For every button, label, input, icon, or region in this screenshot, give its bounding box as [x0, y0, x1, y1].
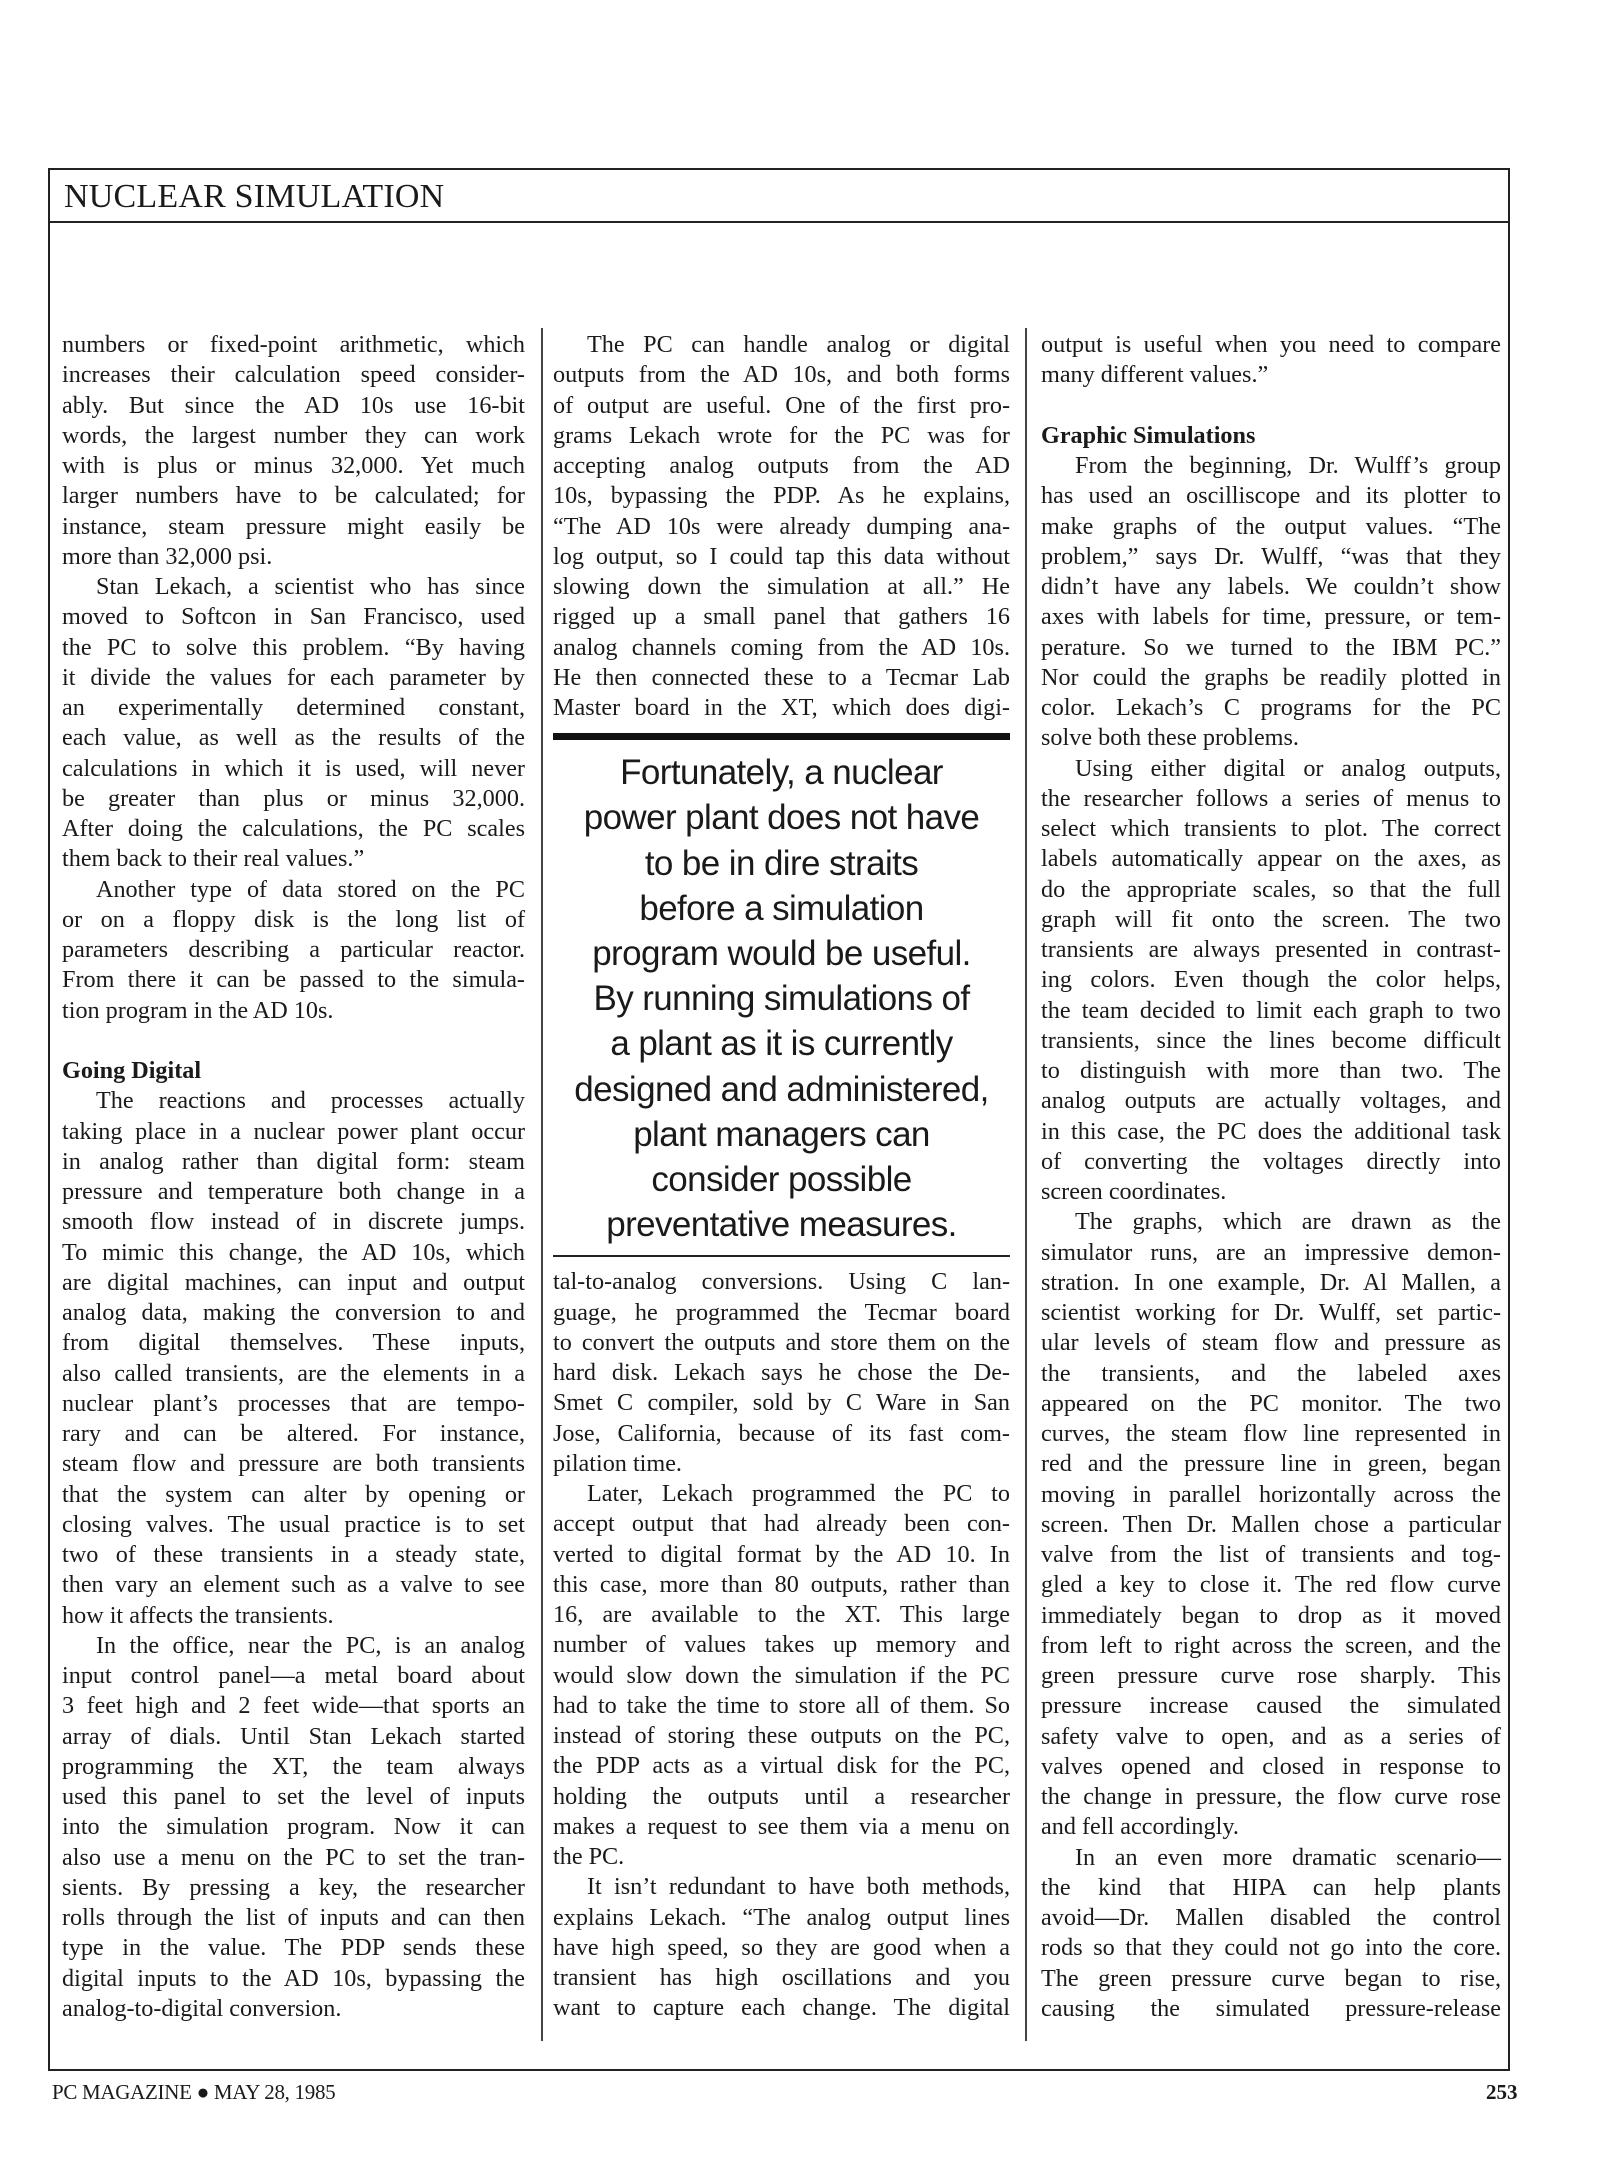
pull-quote-line: By running simulations of	[553, 976, 1010, 1021]
text-line: transient has high oscillations and you	[553, 1963, 1010, 1993]
text-line: how it affects the transients.	[62, 1601, 525, 1631]
text-line: immediately began to drop as it moved	[1041, 1601, 1501, 1631]
paragraph-gap	[62, 1026, 525, 1056]
text-line: ing colors. Even though the color helps,	[1041, 965, 1501, 995]
text-line: in analog rather than digital form: stea…	[62, 1147, 525, 1177]
text-line: an experimentally determined constant,	[62, 693, 525, 723]
text-line: it divide the values for each parameter …	[62, 663, 525, 693]
text-line: closing valves. The usual practice is to…	[62, 1510, 525, 1540]
paragraph: tal-to-analog conversions. Using C lan-g…	[553, 1267, 1010, 1479]
text-line: words, the largest number they can work	[62, 421, 525, 451]
text-line: explains Lekach. “The analog output line…	[553, 1903, 1010, 1933]
text-line: or on a floppy disk is the long list of	[62, 905, 525, 935]
text-line: solve both these problems.	[1041, 723, 1501, 753]
article-column-2: The PC can handle analog or digitaloutpu…	[553, 330, 1010, 2024]
pullquote-top-rule	[553, 733, 1010, 740]
column-divider-1	[541, 328, 543, 2041]
text-line: and fell accordingly.	[1041, 1812, 1501, 1842]
pull-quote-line: preventative measures.	[553, 1202, 1010, 1247]
text-line: analog data, making the conversion to an…	[62, 1298, 525, 1328]
text-line: rigged up a small panel that gathers 16	[553, 602, 1010, 632]
text-line: them back to their real values.”	[62, 844, 525, 874]
text-line: of converting the voltages directly into	[1041, 1147, 1501, 1177]
text-line: In the office, near the PC, is an analog	[62, 1631, 525, 1661]
text-line: each value, as well as the results of th…	[62, 723, 525, 753]
text-line: have high speed, so they are good when a	[553, 1933, 1010, 1963]
text-line: appeared on the PC monitor. The two	[1041, 1389, 1501, 1419]
text-line: this case, more than 80 outputs, rather …	[553, 1570, 1010, 1600]
text-line: didn’t have any labels. We couldn’t show	[1041, 572, 1501, 602]
pull-quote-line: plant managers can	[553, 1112, 1010, 1157]
text-line: simulator runs, are an impressive demon-	[1041, 1238, 1501, 1268]
text-line: from left to right across the screen, an…	[1041, 1631, 1501, 1661]
text-line: numbers or fixed-point arithmetic, which	[62, 330, 525, 360]
text-line: valve from the list of transients and to…	[1041, 1540, 1501, 1570]
footer-publication: PC MAGAZINE ● MAY 28, 1985	[52, 2080, 335, 2105]
text-line: The reactions and processes actually	[62, 1086, 525, 1116]
text-line: screen coordinates.	[1041, 1177, 1501, 1207]
text-line: The PC can handle analog or digital	[553, 330, 1010, 360]
text-line: many different values.”	[1041, 360, 1501, 390]
text-line: safety valve to open, and as a series of	[1041, 1722, 1501, 1752]
text-line: 16, are available to the XT. This large	[553, 1600, 1010, 1630]
text-line: instead of storing these outputs on the …	[553, 1721, 1010, 1751]
paragraph: In the office, near the PC, is an analog…	[62, 1631, 525, 2024]
text-line: to distinguish with more than two. The	[1041, 1056, 1501, 1086]
pull-quote-line: to be in dire straits	[553, 841, 1010, 886]
text-line: steam flow and pressure are both transie…	[62, 1449, 525, 1479]
text-line: type in the value. The PDP sends these	[62, 1933, 525, 1963]
pull-quote-line: power plant does not have	[553, 795, 1010, 840]
text-line: transients, since the lines become diffi…	[1041, 1026, 1501, 1056]
text-line: Nor could the graphs be readily plotted …	[1041, 663, 1501, 693]
text-line: rolls through the list of inputs and can…	[62, 1903, 525, 1933]
text-line: makes a request to see them via a menu o…	[553, 1812, 1010, 1842]
text-line: The graphs, which are drawn as the	[1041, 1207, 1501, 1237]
text-line: two of these transients in a steady stat…	[62, 1540, 525, 1570]
text-line: tal-to-analog conversions. Using C lan-	[553, 1267, 1010, 1297]
text-line: valves opened and closed in response to	[1041, 1752, 1501, 1782]
article-column-3: output is useful when you need to compar…	[1041, 330, 1501, 2024]
text-line: curves, the steam flow line represented …	[1041, 1419, 1501, 1449]
text-line: the transients, and the labeled axes	[1041, 1359, 1501, 1389]
text-line: accepting analog outputs from the AD	[553, 451, 1010, 481]
text-line: slowing down the simulation at all.” He	[553, 572, 1010, 602]
text-line: Master board in the XT, which does digi-	[553, 693, 1010, 723]
text-line: input control panel—a metal board about	[62, 1661, 525, 1691]
text-line: into the simulation program. Now it can	[62, 1812, 525, 1842]
text-line: transients are always presented in contr…	[1041, 935, 1501, 965]
text-line: rods so that they could not go into the …	[1041, 1933, 1501, 1963]
text-line: used this panel to set the level of inpu…	[62, 1782, 525, 1812]
paragraph: Using either digital or analog outputs,t…	[1041, 754, 1501, 1208]
section-title: NUCLEAR SIMULATION	[64, 178, 444, 216]
pull-quote: Fortunately, a nuclearpower plant does n…	[553, 750, 1010, 1247]
text-line: array of dials. Until Stan Lekach starte…	[62, 1722, 525, 1752]
text-line: with is plus or minus 32,000. Yet much	[62, 451, 525, 481]
text-line: taking place in a nuclear power plant oc…	[62, 1117, 525, 1147]
subheading: Graphic Simulations	[1041, 421, 1501, 451]
text-line: output is useful when you need to compar…	[1041, 330, 1501, 360]
text-line: He then connected these to a Tecmar Lab	[553, 663, 1010, 693]
text-line: color. Lekach’s C programs for the PC	[1041, 693, 1501, 723]
text-line: would slow down the simulation if the PC	[553, 1661, 1010, 1691]
text-line: outputs from the AD 10s, and both forms	[553, 360, 1010, 390]
paragraph: It isn’t redundant to have both methods,…	[553, 1872, 1010, 2023]
text-line: avoid—Dr. Mallen disabled the control	[1041, 1903, 1501, 1933]
text-line: has used an oscilliscope and its plotter…	[1041, 481, 1501, 511]
text-line: the team decided to limit each graph to …	[1041, 996, 1501, 1026]
text-line: select which transients to plot. The cor…	[1041, 814, 1501, 844]
text-line: axes with labels for time, pressure, or …	[1041, 602, 1501, 632]
subheading: Going Digital	[62, 1056, 525, 1086]
text-line: scientist working for Dr. Wulff, set par…	[1041, 1298, 1501, 1328]
paragraph: In an even more dramatic scenario—the ki…	[1041, 1843, 1501, 2025]
text-line: increases their calculation speed consid…	[62, 360, 525, 390]
text-line: in this case, the PC does the additional…	[1041, 1117, 1501, 1147]
text-line: It isn’t redundant to have both methods,	[553, 1872, 1010, 1902]
text-line: “The AD 10s were already dumping ana-	[553, 512, 1010, 542]
text-line: grams Lekach wrote for the PC was for	[553, 421, 1010, 451]
text-line: analog channels coming from the AD 10s.	[553, 633, 1010, 663]
section-header: NUCLEAR SIMULATION	[50, 170, 1508, 223]
text-line: red and the pressure line in green, bega…	[1041, 1449, 1501, 1479]
text-line: the PC.	[553, 1842, 1010, 1872]
pull-quote-line: consider possible	[553, 1157, 1010, 1202]
text-line: more than 32,000 psi.	[62, 542, 525, 572]
text-line: From the beginning, Dr. Wulff’s group	[1041, 451, 1501, 481]
text-line: calculations in which it is used, will n…	[62, 754, 525, 784]
text-line: pressure and temperature both change in …	[62, 1177, 525, 1207]
paragraph: Another type of data stored on the PCor …	[62, 875, 525, 1026]
text-line: are digital machines, can input and outp…	[62, 1268, 525, 1298]
paragraph: The PC can handle analog or digitaloutpu…	[553, 330, 1010, 723]
text-line: sients. By pressing a key, the researche…	[62, 1873, 525, 1903]
text-line: Using either digital or analog outputs,	[1041, 754, 1501, 784]
paragraph: From the beginning, Dr. Wulff’s grouphas…	[1041, 451, 1501, 754]
text-line: programming the XT, the team always	[62, 1752, 525, 1782]
text-line: perature. So we turned to the IBM PC.”	[1041, 633, 1501, 663]
paragraph: output is useful when you need to compar…	[1041, 330, 1501, 391]
paragraph: numbers or fixed-point arithmetic, which…	[62, 330, 525, 572]
text-line: of output are useful. One of the first p…	[553, 391, 1010, 421]
text-line: ably. But since the AD 10s use 16-bit	[62, 391, 525, 421]
text-line: also use a menu on the PC to set the tra…	[62, 1843, 525, 1873]
text-line: hard disk. Lekach says he chose the De-	[553, 1358, 1010, 1388]
text-line: Another type of data stored on the PC	[62, 875, 525, 905]
text-line: verted to digital format by the AD 10. I…	[553, 1540, 1010, 1570]
text-line: To mimic this change, the AD 10s, which	[62, 1238, 525, 1268]
column-divider-2	[1025, 328, 1027, 2041]
text-line: pressure increase caused the simulated	[1041, 1691, 1501, 1721]
text-line: holding the outputs until a researcher	[553, 1782, 1010, 1812]
text-line: In an even more dramatic scenario—	[1041, 1843, 1501, 1873]
text-line: smooth flow instead of in discrete jumps…	[62, 1207, 525, 1237]
text-line: the PDP acts as a virtual disk for the P…	[553, 1751, 1010, 1781]
text-line: moving in parallel horizontally across t…	[1041, 1480, 1501, 1510]
text-line: 3 feet high and 2 feet wide—that sports …	[62, 1691, 525, 1721]
text-line: graph will fit onto the screen. The two	[1041, 905, 1501, 935]
paragraph: The graphs, which are drawn as thesimula…	[1041, 1207, 1501, 1842]
text-line: nuclear plant’s processes that are tempo…	[62, 1389, 525, 1419]
text-line: that the system can alter by opening or	[62, 1480, 525, 1510]
text-line: from digital themselves. These inputs,	[62, 1328, 525, 1358]
text-line: Smet C compiler, sold by C Ware in San	[553, 1388, 1010, 1418]
text-line: larger numbers have to be calculated; fo…	[62, 481, 525, 511]
text-line: digital inputs to the AD 10s, bypassing …	[62, 1964, 525, 1994]
text-line: Jose, California, because of its fast co…	[553, 1419, 1010, 1449]
text-line: also called transients, are the elements…	[62, 1359, 525, 1389]
text-line: stration. In one example, Dr. Al Mallen,…	[1041, 1268, 1501, 1298]
text-line: moved to Softcon in San Francisco, used	[62, 602, 525, 632]
text-line: do the appropriate scales, so that the f…	[1041, 875, 1501, 905]
text-line: screen. Then Dr. Mallen chose a particul…	[1041, 1510, 1501, 1540]
text-line: accept output that had already been con-	[553, 1509, 1010, 1539]
text-line: Stan Lekach, a scientist who has since	[62, 572, 525, 602]
text-line: the kind that HIPA can help plants	[1041, 1873, 1501, 1903]
text-line: number of values takes up memory and	[553, 1630, 1010, 1660]
text-line: rary and can be altered. For instance,	[62, 1419, 525, 1449]
text-line: From there it can be passed to the simul…	[62, 965, 525, 995]
text-line: Later, Lekach programmed the PC to	[553, 1479, 1010, 1509]
paragraph: The reactions and processes actuallytaki…	[62, 1086, 525, 1631]
text-line: had to take the time to store all of the…	[553, 1691, 1010, 1721]
text-line: be greater than plus or minus 32,000.	[62, 784, 525, 814]
pull-quote-line: designed and administered,	[553, 1067, 1010, 1112]
pullquote-bottom-rule	[553, 1255, 1010, 1257]
text-line: to convert the outputs and store them on…	[553, 1328, 1010, 1358]
article-column-1: numbers or fixed-point arithmetic, which…	[62, 330, 525, 2024]
text-line: log output, so I could tap this data wit…	[553, 542, 1010, 572]
text-line: the researcher follows a series of menus…	[1041, 784, 1501, 814]
text-line: guage, he programmed the Tecmar board	[553, 1298, 1010, 1328]
text-line: the PC to solve this problem. “By having	[62, 633, 525, 663]
text-line: the change in pressure, the flow curve r…	[1041, 1782, 1501, 1812]
text-line: 10s, bypassing the PDP. As he explains,	[553, 481, 1010, 511]
text-line: want to capture each change. The digital	[553, 1993, 1010, 2023]
text-line: make graphs of the output values. “The	[1041, 512, 1501, 542]
pull-quote-line: Fortunately, a nuclear	[553, 750, 1010, 795]
text-line: analog-to-digital conversion.	[62, 1994, 525, 2024]
paragraph-gap	[1041, 391, 1501, 421]
text-line: The green pressure curve began to rise,	[1041, 1964, 1501, 1994]
text-line: ular levels of steam flow and pressure a…	[1041, 1328, 1501, 1358]
text-line: green pressure curve rose sharply. This	[1041, 1661, 1501, 1691]
paragraph: Later, Lekach programmed the PC toaccept…	[553, 1479, 1010, 1872]
text-line: instance, steam pressure might easily be	[62, 512, 525, 542]
text-line: problem,” says Dr. Wulff, “was that they	[1041, 542, 1501, 572]
text-line: tion program in the AD 10s.	[62, 996, 525, 1026]
page-number: 253	[1486, 2080, 1518, 2105]
text-line: parameters describing a particular react…	[62, 935, 525, 965]
text-line: gled a key to close it. The red flow cur…	[1041, 1570, 1501, 1600]
text-line: pilation time.	[553, 1449, 1010, 1479]
pull-quote-line: program would be useful.	[553, 931, 1010, 976]
text-line: causing the simulated pressure-release	[1041, 1994, 1501, 2024]
text-line: then vary an element such as a valve to …	[62, 1570, 525, 1600]
pull-quote-line: a plant as it is currently	[553, 1021, 1010, 1066]
text-line: analog outputs are actually voltages, an…	[1041, 1086, 1501, 1116]
pull-quote-line: before a simulation	[553, 886, 1010, 931]
text-line: labels automatically appear on the axes,…	[1041, 844, 1501, 874]
paragraph: Stan Lekach, a scientist who has sincemo…	[62, 572, 525, 875]
text-line: After doing the calculations, the PC sca…	[62, 814, 525, 844]
